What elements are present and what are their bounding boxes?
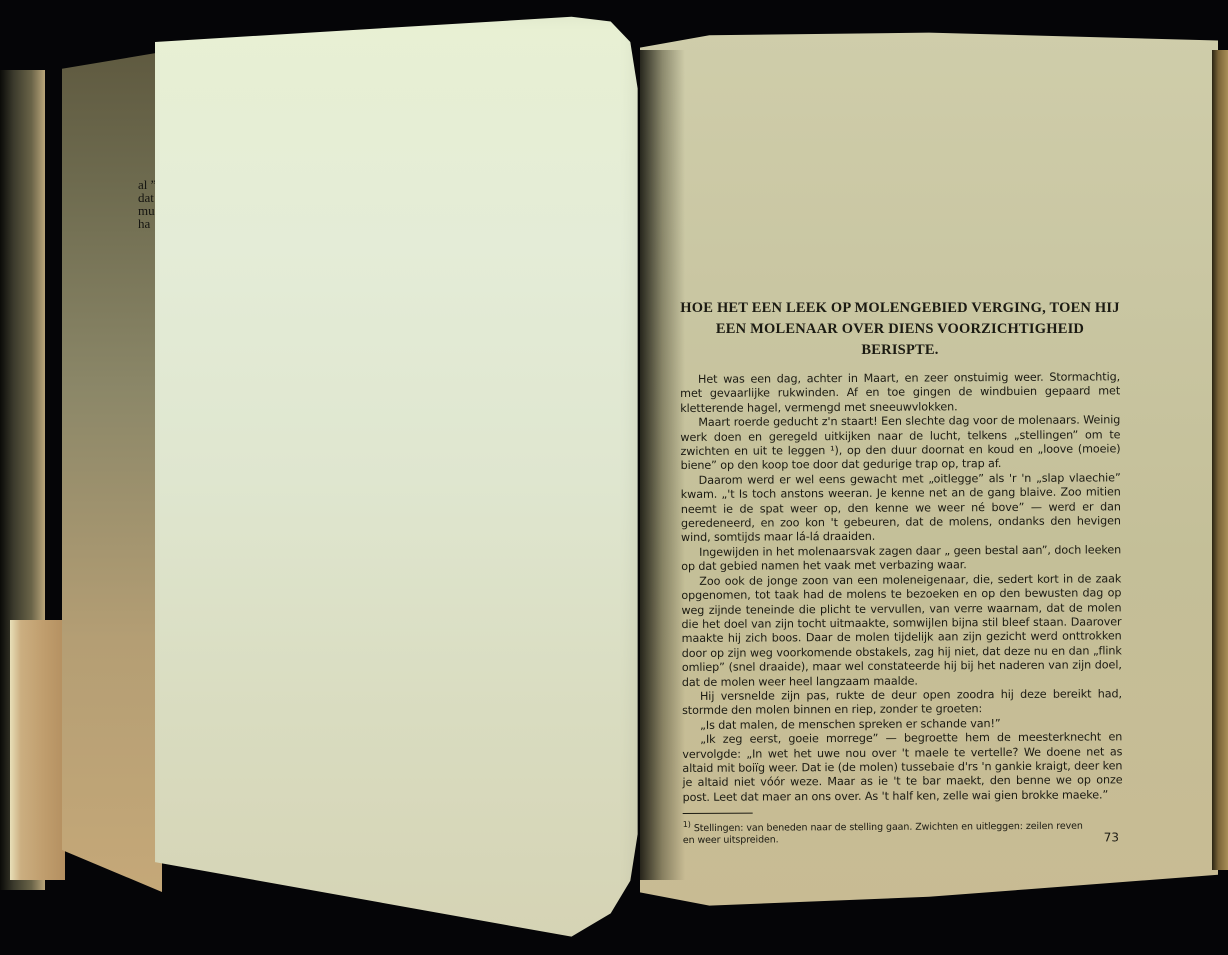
paragraph: Daarom werd er wel eens gewacht met „oit… bbox=[681, 471, 1121, 546]
heading-line-2: EEN MOLENAAR OVER DIENS VOORZICHTIGHEID … bbox=[680, 319, 1120, 361]
paragraph: „Ik zeg eerst, goeie morrege” — begroett… bbox=[682, 730, 1122, 805]
footnote-area: 1) Stellingen: van beneden naar de stell… bbox=[683, 816, 1123, 847]
paragraph: Maart roerde geducht z'n staart! Een sle… bbox=[680, 414, 1120, 474]
gutter-shadow bbox=[640, 50, 685, 880]
footnote-divider bbox=[683, 813, 753, 814]
page-number: 73 bbox=[1104, 830, 1119, 844]
footnote-text: Stellingen: van beneden naar de stelling… bbox=[683, 821, 1083, 846]
paragraph: Het was een dag, achter in Maart, en zee… bbox=[680, 370, 1120, 416]
chapter-heading: HOE HET EEN LEEK OP MOLENGEBIED VERGING,… bbox=[680, 298, 1120, 361]
footnote: 1) Stellingen: van beneden naar de stell… bbox=[683, 817, 1083, 848]
body-text: Het was een dag, achter in Maart, en zee… bbox=[680, 370, 1123, 847]
heading-line-1: HOE HET EEN LEEK OP MOLENGEBIED VERGING,… bbox=[680, 298, 1120, 319]
footnote-marker: 1) bbox=[683, 820, 691, 829]
paragraph: Hij versnelde zijn pas, rukte de deur op… bbox=[682, 687, 1122, 718]
book-cover-edge bbox=[10, 620, 65, 880]
page-content: HOE HET EEN LEEK OP MOLENGEBIED VERGING,… bbox=[680, 298, 1120, 847]
paragraph: Ingewijden in het molenaarsvak zagen daa… bbox=[681, 543, 1121, 574]
paragraph: Zoo ook de jonge zoon van een moleneigen… bbox=[681, 572, 1122, 690]
turned-blank-page[interactable] bbox=[155, 14, 645, 946]
right-page-edge bbox=[1212, 50, 1228, 870]
